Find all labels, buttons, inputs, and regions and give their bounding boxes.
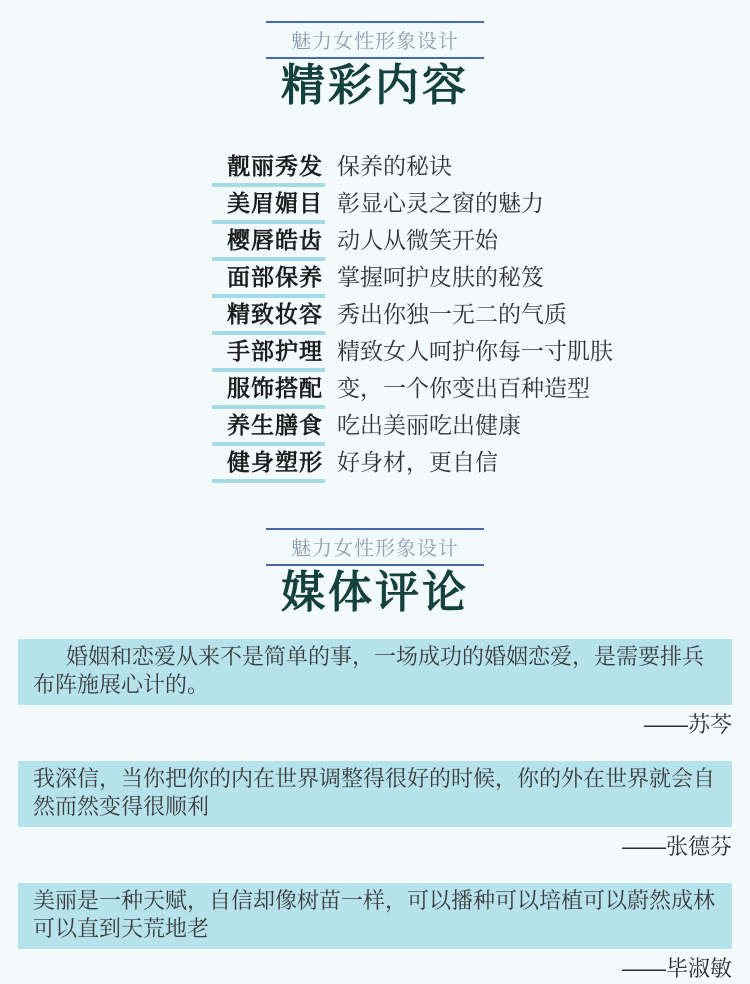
list-item: 养生膳食 吃出美丽吃出健康 — [212, 413, 750, 446]
quote-text: 婚姻和恋爱从来不是简单的事，一场成功的婚姻恋爱，是需要排兵布阵施展心计的。 — [33, 643, 717, 699]
quote-author: ——苏芩 — [0, 712, 732, 738]
contents-section-title: 精彩内容 — [0, 62, 750, 110]
quote-block: 我深信，当你把你的内在世界调整得很好的时候，你的外在世界就会自然而然变得很顺利 — [18, 761, 732, 827]
feature-label: 靓丽秀发 — [212, 154, 325, 187]
feature-description: 精致女人呵护你每一寸肌肤 — [337, 339, 613, 365]
feature-label: 手部护理 — [212, 339, 325, 372]
feature-description: 变，一个你变出百种造型 — [337, 376, 590, 402]
feature-description: 好身材，更自信 — [337, 450, 498, 476]
quote-author: ——毕淑敏 — [0, 956, 732, 982]
feature-label: 樱唇皓齿 — [212, 228, 325, 261]
feature-description: 掌握呵护皮肤的秘笈 — [337, 265, 544, 291]
feature-label: 面部保养 — [212, 265, 325, 298]
feature-description: 动人从微笑开始 — [337, 228, 498, 254]
list-item: 精致妆容 秀出你独一无二的气质 — [212, 302, 750, 335]
list-item: 樱唇皓齿 动人从微笑开始 — [212, 228, 750, 261]
series-badge-label: 魅力女性形象设计 — [266, 532, 484, 561]
feature-label: 健身塑形 — [212, 450, 325, 483]
series-badge-label: 魅力女性形象设计 — [266, 25, 484, 54]
reviews-section: 魅力女性形象设计 媒体评论 婚姻和恋爱从来不是简单的事，一场成功的婚姻恋爱，是需… — [0, 528, 750, 982]
product-description-page: 魅力女性形象设计 精彩内容 靓丽秀发 保养的秘诀 美眉媚目 彰显心灵之窗的魅力 … — [0, 0, 750, 984]
list-item: 面部保养 掌握呵护皮肤的秘笈 — [212, 265, 750, 298]
list-item: 服饰搭配 变，一个你变出百种造型 — [212, 376, 750, 409]
list-item: 美眉媚目 彰显心灵之窗的魅力 — [212, 191, 750, 224]
list-item: 手部护理 精致女人呵护你每一寸肌肤 — [212, 339, 750, 372]
quote-block: 美丽是一种天赋，自信却像树苗一样，可以播种可以培植可以蔚然成林可以直到天荒地老 — [18, 883, 732, 949]
feature-description: 吃出美丽吃出健康 — [337, 413, 521, 439]
feature-description: 秀出你独一无二的气质 — [337, 302, 567, 328]
quote-author: ——张德芬 — [0, 834, 732, 860]
quote-text: 我深信，当你把你的内在世界调整得很好的时候，你的外在世界就会自然而然变得很顺利 — [33, 765, 717, 821]
feature-list: 靓丽秀发 保养的秘诀 美眉媚目 彰显心灵之窗的魅力 樱唇皓齿 动人从微笑开始 面… — [212, 154, 750, 483]
feature-label: 养生膳食 — [212, 413, 325, 446]
quote-list: 婚姻和恋爱从来不是简单的事，一场成功的婚姻恋爱，是需要排兵布阵施展心计的。 ——… — [0, 639, 750, 982]
reviews-section-title: 媒体评论 — [0, 569, 750, 617]
feature-description: 保养的秘诀 — [337, 154, 452, 180]
series-badge: 魅力女性形象设计 — [266, 21, 484, 59]
feature-label: 服饰搭配 — [212, 376, 325, 409]
contents-section: 魅力女性形象设计 精彩内容 靓丽秀发 保养的秘诀 美眉媚目 彰显心灵之窗的魅力 … — [0, 0, 750, 483]
feature-description: 彰显心灵之窗的魅力 — [337, 191, 544, 217]
list-item: 靓丽秀发 保养的秘诀 — [212, 154, 750, 187]
quote-block: 婚姻和恋爱从来不是简单的事，一场成功的婚姻恋爱，是需要排兵布阵施展心计的。 — [18, 639, 732, 705]
series-badge: 魅力女性形象设计 — [266, 528, 484, 566]
feature-label: 美眉媚目 — [212, 191, 325, 224]
feature-label: 精致妆容 — [212, 302, 325, 335]
list-item: 健身塑形 好身材，更自信 — [212, 450, 750, 483]
quote-text: 美丽是一种天赋，自信却像树苗一样，可以播种可以培植可以蔚然成林可以直到天荒地老 — [33, 887, 717, 943]
